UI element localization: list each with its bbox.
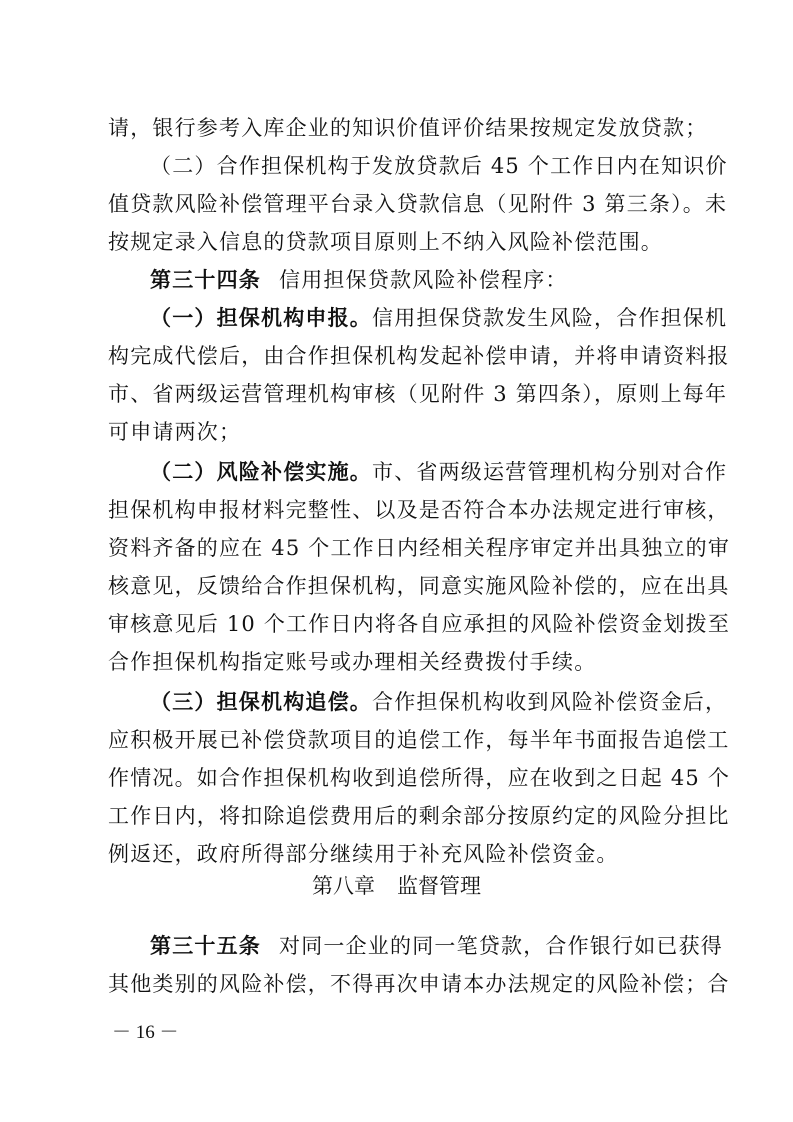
item-3-line: （三）担保机构追偿。合作担保机构收到风险补偿资金后， <box>150 688 692 716</box>
article-text: 对同一企业的同一笔贷款，合作银行如已获得 <box>279 934 723 958</box>
body-text-line: 市、省两级运营管理机构审核（见附件 3 第四条），原则上每年 <box>108 380 692 408</box>
body-text-line: 例返还，政府所得部分继续用于补充风险补偿资金。 <box>108 840 692 868</box>
body-text-line: 请，银行参考入库企业的知识价值评价结果按规定发放贷款； <box>108 114 692 142</box>
article-35-line: 第三十五条对同一企业的同一笔贷款，合作银行如已获得 <box>150 932 692 960</box>
page-number: － 16 － <box>112 1021 179 1045</box>
article-label: 第三十四条 <box>150 268 261 292</box>
body-text-line: 资料齐备的应在 45 个工作日内经相关程序审定并出具独立的审 <box>108 534 692 562</box>
body-text-line: （二）合作担保机构于发放贷款后 45 个工作日内在知识价 <box>150 152 692 180</box>
body-text-line: 工作日内，将扣除追偿费用后的剩余部分按原约定的风险分担比 <box>108 802 692 830</box>
chapter-title: 监督管理 <box>397 874 481 898</box>
article-34-line: 第三十四条信用担保贷款风险补偿程序： <box>150 266 692 294</box>
item-text: 信用担保贷款发生风险，合作担保机 <box>372 306 727 330</box>
article-label: 第三十五条 <box>150 934 261 958</box>
item-text: 市、省两级运营管理机构分别对合作 <box>372 460 727 484</box>
body-text-line: 可申请两次； <box>108 418 692 446</box>
item-text: 合作担保机构收到风险补偿资金后， <box>372 690 727 714</box>
chapter-number: 第八章 <box>312 874 375 898</box>
item-label: （二）风险补偿实施。 <box>150 460 372 484</box>
body-text-line: 构完成代偿后，由合作担保机构发起补偿申请，并将申请资料报 <box>108 342 692 370</box>
body-text-line: 其他类别的风险补偿，不得再次申请本办法规定的风险补偿；合 <box>108 970 692 998</box>
document-page: 请，银行参考入库企业的知识价值评价结果按规定发放贷款； （二）合作担保机构于发放… <box>0 0 793 1122</box>
article-text: 信用担保贷款风险补偿程序： <box>279 268 568 292</box>
item-1-line: （一）担保机构申报。信用担保贷款发生风险，合作担保机 <box>150 304 692 332</box>
item-2-line: （二）风险补偿实施。市、省两级运营管理机构分别对合作 <box>150 458 692 486</box>
body-text-line: 担保机构申报材料完整性、以及是否符合本办法规定进行审核， <box>108 496 692 524</box>
body-text-line: 合作担保机构指定账号或办理相关经费拨付手续。 <box>108 648 692 676</box>
body-text-line: 审核意见后 10 个工作日内将各自应承担的风险补偿资金划拨至 <box>108 610 692 638</box>
body-text-line: 按规定录入信息的贷款项目原则上不纳入风险补偿范围。 <box>108 228 692 256</box>
item-label: （三）担保机构追偿。 <box>150 690 372 714</box>
item-label: （一）担保机构申报。 <box>150 306 372 330</box>
body-text-line: 应积极开展已补偿贷款项目的追偿工作，每半年书面报告追偿工 <box>108 726 692 754</box>
body-text-line: 作情况。如合作担保机构收到追偿所得，应在收到之日起 45 个 <box>108 764 692 792</box>
body-text-line: 核意见，反馈给合作担保机构，同意实施风险补偿的，应在出具 <box>108 572 692 600</box>
body-text-line: 值贷款风险补偿管理平台录入贷款信息（见附件 3 第三条）。未 <box>108 190 692 218</box>
chapter-heading: 第八章监督管理 <box>0 872 793 900</box>
